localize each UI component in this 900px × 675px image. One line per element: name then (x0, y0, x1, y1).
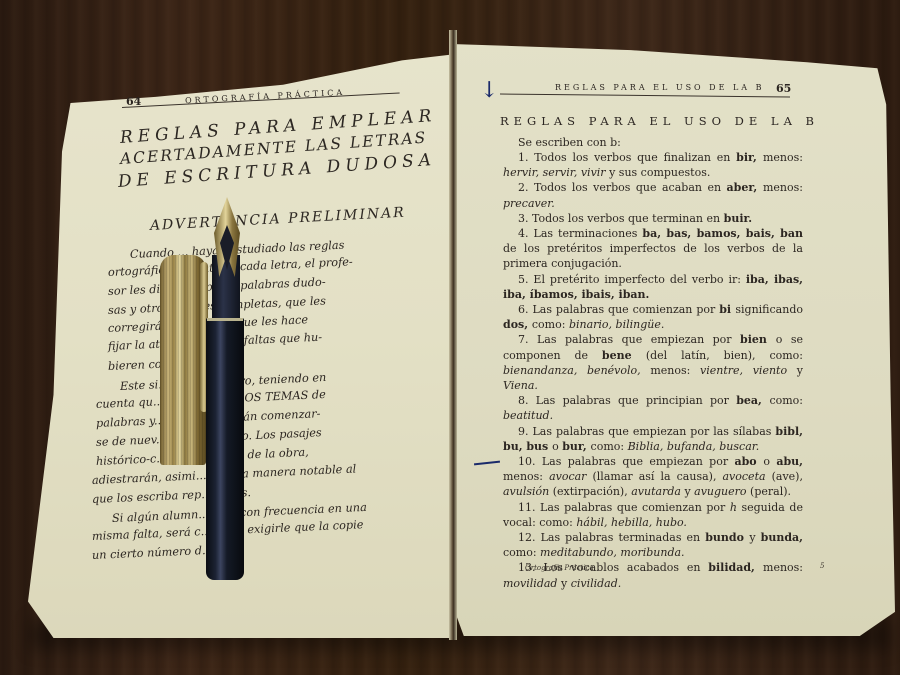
rule-word: bufanda, (667, 440, 719, 453)
rule-item: 7. Las palabras que empiezan por bien o … (503, 332, 803, 393)
rule-word: que (622, 455, 649, 468)
rule-number: 2. (518, 181, 534, 194)
rule-item: 1. Todos los verbos que finalizan en bir… (503, 150, 803, 180)
rule-word: menos: (763, 151, 803, 164)
rule-word: comienzan (633, 303, 697, 316)
rule-word: aber, (727, 181, 763, 194)
rule-word: o (776, 333, 791, 346)
rule-word: que (628, 212, 652, 225)
rule-word: por (709, 455, 734, 468)
right-intro: Se escriben con b: (518, 136, 621, 149)
rule-word: (del (646, 349, 681, 362)
rule-word: vientre, (700, 364, 753, 377)
rule-word: íbamos, (530, 288, 582, 301)
rule-word: como: (591, 440, 628, 453)
rule-item: 9. Las palabras que empiezan por las síl… (503, 424, 803, 454)
rule-word: verbo (692, 273, 729, 286)
rule-word: por (690, 425, 713, 438)
rule-word: y (684, 485, 694, 498)
rule-word: de (574, 349, 601, 362)
rule-word: bibl, (775, 425, 803, 438)
rule-word: avuguero (694, 485, 750, 498)
rule-word: bunda, (761, 531, 803, 544)
rule-word: verbos (587, 212, 628, 225)
rule-word: la (661, 470, 677, 483)
rule-word: en (707, 212, 724, 225)
rule-item: 3. Todos los verbos que terminan en buir… (503, 211, 803, 226)
rule-word: abu, (776, 455, 803, 468)
rule-word: que (618, 394, 646, 407)
rule-item: 8. Las palabras que principian por bea, … (503, 393, 803, 423)
rule-word: como: (532, 318, 569, 331)
pen-ring (207, 318, 243, 321)
rule-word: terminan (652, 212, 706, 225)
rule-word: de (683, 242, 704, 255)
rule-word: Todos (534, 181, 572, 194)
rule-word: Viena. (503, 379, 538, 392)
rule-word: empiezan (651, 333, 713, 346)
rule-word: bir, (736, 151, 763, 164)
rule-word: hábil, (576, 516, 611, 529)
rule-word: que (608, 425, 633, 438)
rule-item: 12. Las palabras terminadas en bundo y b… (503, 530, 803, 560)
rule-word: Las (536, 394, 563, 407)
rule-word: Las (534, 227, 559, 240)
rule-word: meditabundo, (540, 546, 620, 559)
rule-word: del (670, 273, 692, 286)
rule-word: y (797, 364, 803, 377)
rule-word: menos: (763, 181, 803, 194)
rule-word: de (503, 242, 524, 255)
rule-word: empiezan (633, 425, 690, 438)
rule-word: o (552, 440, 562, 453)
rule-word: ir: (728, 273, 745, 286)
rule-word: menos: (763, 561, 803, 574)
rule-word: por (706, 501, 729, 514)
rule-number: 10. (518, 455, 542, 468)
rule-word: y (749, 531, 760, 544)
rule-word: bu, (503, 440, 526, 453)
rule-word: por (713, 333, 740, 346)
rule-word: bienandanza, (503, 364, 587, 377)
rule-word: ba, (642, 227, 666, 240)
rule-word: que (636, 181, 662, 194)
rule-word: binario, (569, 318, 616, 331)
rule-word: de (772, 242, 793, 255)
rule-word: en (687, 561, 708, 574)
rule-word: como: (769, 349, 803, 362)
rule-word: bas, (666, 227, 696, 240)
rule-word: significando (735, 303, 803, 316)
rule-word: principian (646, 394, 710, 407)
rule-word: menos: (503, 470, 549, 483)
rule-word: (llamar (593, 470, 639, 483)
rule-word: palabras (568, 455, 623, 468)
rule-word: palabras (556, 425, 608, 438)
rule-word: como: (769, 394, 803, 407)
rule-word: (peral). (750, 485, 791, 498)
arrow-down-icon: ↓ (480, 80, 498, 102)
rule-word: verbos (594, 151, 637, 164)
rule-number: 1. (518, 151, 534, 164)
rule-word: bundo (705, 531, 749, 544)
rule-word: los (524, 242, 547, 255)
rule-word: vocal: (503, 516, 539, 529)
rule-word: empiezan (649, 455, 709, 468)
rule-word: iba, (503, 288, 530, 301)
rule-word: iban. (619, 288, 650, 301)
rule-number: 9. (518, 425, 533, 438)
rule-word: buir. (724, 212, 752, 225)
rule-word: Las (541, 531, 566, 544)
rule-word: vivir (581, 166, 609, 179)
rule-word: verbos (727, 242, 772, 255)
rule-word: avulsión (503, 485, 553, 498)
signature-mark: 5 (820, 562, 824, 570)
rule-word: El (533, 273, 549, 286)
rule-word: bur, (562, 440, 590, 453)
rule-word: sus (619, 166, 641, 179)
rule-word: Las (540, 501, 564, 514)
rule-item: 5. El pretérito imperfecto del verbo ir:… (503, 272, 803, 302)
rule-word: civilidad. (571, 577, 622, 590)
rule-word: imperfecto (604, 273, 669, 286)
rule-item: 4. Las terminaciones ba, bas, bamos, bai… (503, 226, 803, 272)
right-footer: Ortografía Práctica (525, 564, 594, 572)
rule-word: como: (539, 516, 576, 529)
rule-word: la (793, 242, 803, 255)
rule-word: acabados (627, 561, 687, 574)
rule-word: comienzan (642, 501, 706, 514)
right-running-header: REGLAS PARA EL USO DE LA B (555, 83, 764, 92)
rule-word: palabras (565, 531, 618, 544)
rule-word: Las (532, 303, 555, 316)
rule-word: los (572, 151, 594, 164)
rule-word: h (730, 501, 742, 514)
rule-word: que (617, 501, 642, 514)
rule-number: 8. (518, 394, 536, 407)
rule-word: palabras (565, 333, 622, 346)
rule-number: 12. (518, 531, 541, 544)
rule-word: bamos, (697, 227, 746, 240)
rule-word: y (609, 166, 619, 179)
rule-word: servir, (543, 166, 581, 179)
rule-word: Todos (532, 212, 568, 225)
rule-number: 5. (518, 273, 533, 286)
rule-number: 3. (518, 212, 532, 225)
rule-word: pretéritos (547, 242, 610, 255)
rule-word: Las (537, 333, 565, 346)
right-title: REGLAS PARA EL USO DE LA B (500, 114, 819, 128)
rule-word: beatitud. (503, 409, 553, 422)
rule-word: Las (533, 425, 557, 438)
rule-word: los (568, 212, 587, 225)
rule-word: componen (503, 349, 574, 362)
rule-number: 4. (518, 227, 534, 240)
rule-word: los (572, 181, 593, 194)
rule-word: conjugación. (551, 257, 622, 270)
rule-word: acaban (662, 181, 707, 194)
rule-word: avocar (549, 470, 592, 483)
rule-word: bien), (724, 349, 770, 362)
rule-word: avutarda (631, 485, 684, 498)
rule-word: bien (740, 333, 776, 346)
rule-word: que (637, 151, 663, 164)
rule-word: bene (602, 349, 646, 362)
rule-item: 11. Las palabras que comienzan por h seg… (503, 500, 803, 530)
rule-word: que (608, 303, 633, 316)
rule-word: dos, (503, 318, 532, 331)
rule-word: terminaciones (558, 227, 642, 240)
rule-word: buscar. (719, 440, 759, 453)
rule-word: las (713, 425, 733, 438)
rule-word: bi (719, 303, 735, 316)
rule-word: en (717, 151, 736, 164)
rule-number: 11. (518, 501, 540, 514)
rule-word: viento (753, 364, 797, 377)
rule-number: 7. (518, 333, 537, 346)
rule-word: ibas, (774, 273, 803, 286)
rule-word: precaver. (503, 197, 555, 210)
rule-word: menos: (650, 364, 700, 377)
rule-item: 6. Las palabras que comienzan por bi sig… (503, 302, 803, 332)
rule-word: avoceta (723, 470, 772, 483)
rule-word: compuestos. (641, 166, 711, 179)
rule-word: Biblia, (628, 440, 667, 453)
rule-word: iba, (746, 273, 774, 286)
rule-word: como: (503, 546, 540, 559)
rule-word: causa), (677, 470, 723, 483)
rule-word: de (789, 501, 803, 514)
rule-word: los (704, 242, 727, 255)
rule-word: movilidad (503, 577, 561, 590)
rule-word: sílabas (733, 425, 775, 438)
rule-word: palabras (563, 394, 618, 407)
rule-word: bilidad, (708, 561, 763, 574)
rule-word: primera (503, 257, 551, 270)
rule-word: bilingüe. (616, 318, 665, 331)
rule-word: ban (780, 227, 803, 240)
rule-word: ibais, (582, 288, 619, 301)
rule-word: se (791, 333, 803, 346)
right-page-number: 65 (776, 82, 791, 95)
rule-word: bais, (746, 227, 780, 240)
rule-word: Las (542, 455, 568, 468)
rule-word: en (687, 531, 706, 544)
rule-item: 10. Las palabras que empiezan por abo o … (503, 454, 803, 500)
rule-word: abo (734, 455, 763, 468)
rule-word: seguida (741, 501, 789, 514)
rule-word: palabras (556, 303, 608, 316)
rule-word: latín, (681, 349, 724, 362)
pen-barrel (206, 318, 244, 580)
rule-word: por (710, 394, 736, 407)
rule-word: (ave), (772, 470, 803, 483)
book-spine-gutter (449, 30, 457, 640)
rule-word: bus (526, 440, 552, 453)
rule-word: imperfectos (610, 242, 684, 255)
rule-word: pretérito (550, 273, 604, 286)
rule-word: en (707, 181, 726, 194)
rule-word: terminadas (618, 531, 686, 544)
rule-word: o (763, 455, 776, 468)
rule-word: hervir, (503, 166, 543, 179)
rule-word: verbos (593, 181, 636, 194)
rule-word: (extirpación), (553, 485, 631, 498)
rule-word: y (561, 577, 571, 590)
rule-word: moribunda. (620, 546, 684, 559)
rule-number: 6. (518, 303, 532, 316)
rule-word: Todos (534, 151, 572, 164)
rule-word: que (622, 333, 651, 346)
rule-word: hebilla, (611, 516, 656, 529)
rule-word: hubo. (656, 516, 687, 529)
rule-word: finalizan (664, 151, 717, 164)
rule-word: palabras (564, 501, 617, 514)
rule-word: por (696, 303, 719, 316)
rule-word: así (639, 470, 661, 483)
rule-word: benévolo, (587, 364, 650, 377)
rule-item: 2. Todos los verbos que acaban en aber, … (503, 180, 803, 210)
rule-word: bea, (736, 394, 769, 407)
